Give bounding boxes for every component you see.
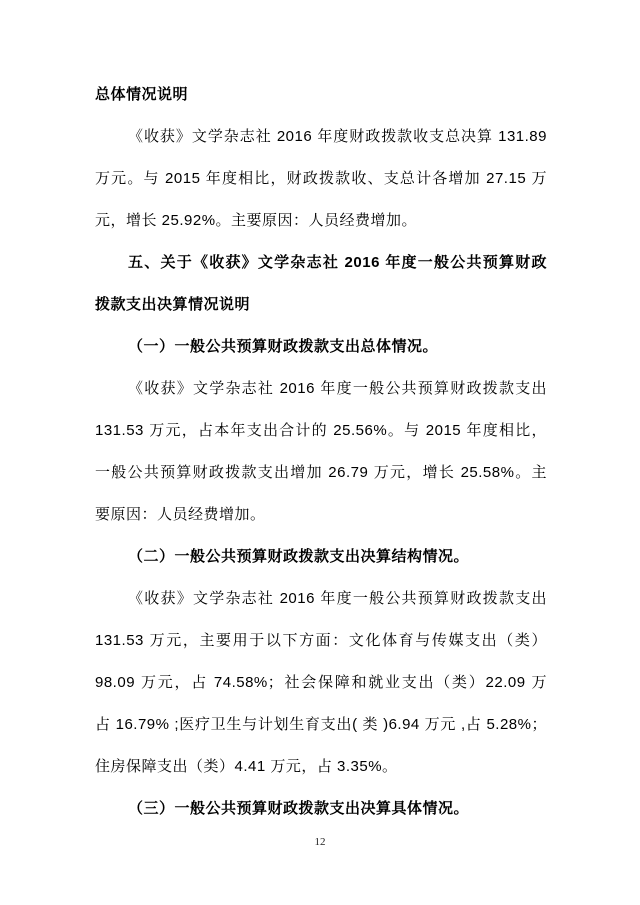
document-text-line: 占 16.79% ;医疗卫生与计划生育支出( 类 )6.94 万元 ,占 5.2… [95, 704, 547, 746]
document-text-line: 98.09 万元，占 74.58%；社会保障和就业支出（类）22.09 万元， [95, 662, 547, 704]
document-text-line: 131.53 万元，主要用于以下方面：文化体育与传媒支出（类） [95, 620, 547, 662]
document-text-line: 一般公共预算财政拨款支出增加 26.79 万元，增长 25.58%。主 [95, 452, 547, 494]
document-text-line: 131.53 万元，占本年支出合计的 25.56%。与 2015 年度相比， [95, 410, 547, 452]
document-text-line: 要原因：人员经费增加。 [95, 494, 547, 536]
document-text-line: 《收获》文学杂志社 2016 年度财政拨款收支总决算 131.89 [95, 116, 547, 158]
document-page: 总体情况说明《收获》文学杂志社 2016 年度财政拨款收支总决算 131.89万… [0, 0, 640, 905]
document-body: 总体情况说明《收获》文学杂志社 2016 年度财政拨款收支总决算 131.89万… [95, 74, 547, 830]
page-number: 12 [0, 836, 640, 848]
document-text-line: 《收获》文学杂志社 2016 年度一般公共预算财政拨款支出 [95, 578, 547, 620]
document-text-line: 元，增长 25.92%。主要原因：人员经费增加。 [95, 200, 547, 242]
document-heading-line: （一）一般公共预算财政拨款支出总体情况。 [95, 326, 547, 368]
document-heading-line: （二）一般公共预算财政拨款支出决算结构情况。 [95, 536, 547, 578]
document-heading-line: 总体情况说明 [95, 74, 547, 116]
document-heading-line: （三）一般公共预算财政拨款支出决算具体情况。 [95, 788, 547, 830]
document-heading-line: 拨款支出决算情况说明 [95, 284, 547, 326]
document-text-line: 万元。与 2015 年度相比，财政拨款收、支总计各增加 27.15 万 [95, 158, 547, 200]
document-heading-line: 五、关于《收获》文学杂志社 2016 年度一般公共预算财政 [95, 242, 547, 284]
document-text-line: 《收获》文学杂志社 2016 年度一般公共预算财政拨款支出 [95, 368, 547, 410]
document-text-line: 住房保障支出（类）4.41 万元，占 3.35%。 [95, 746, 547, 788]
